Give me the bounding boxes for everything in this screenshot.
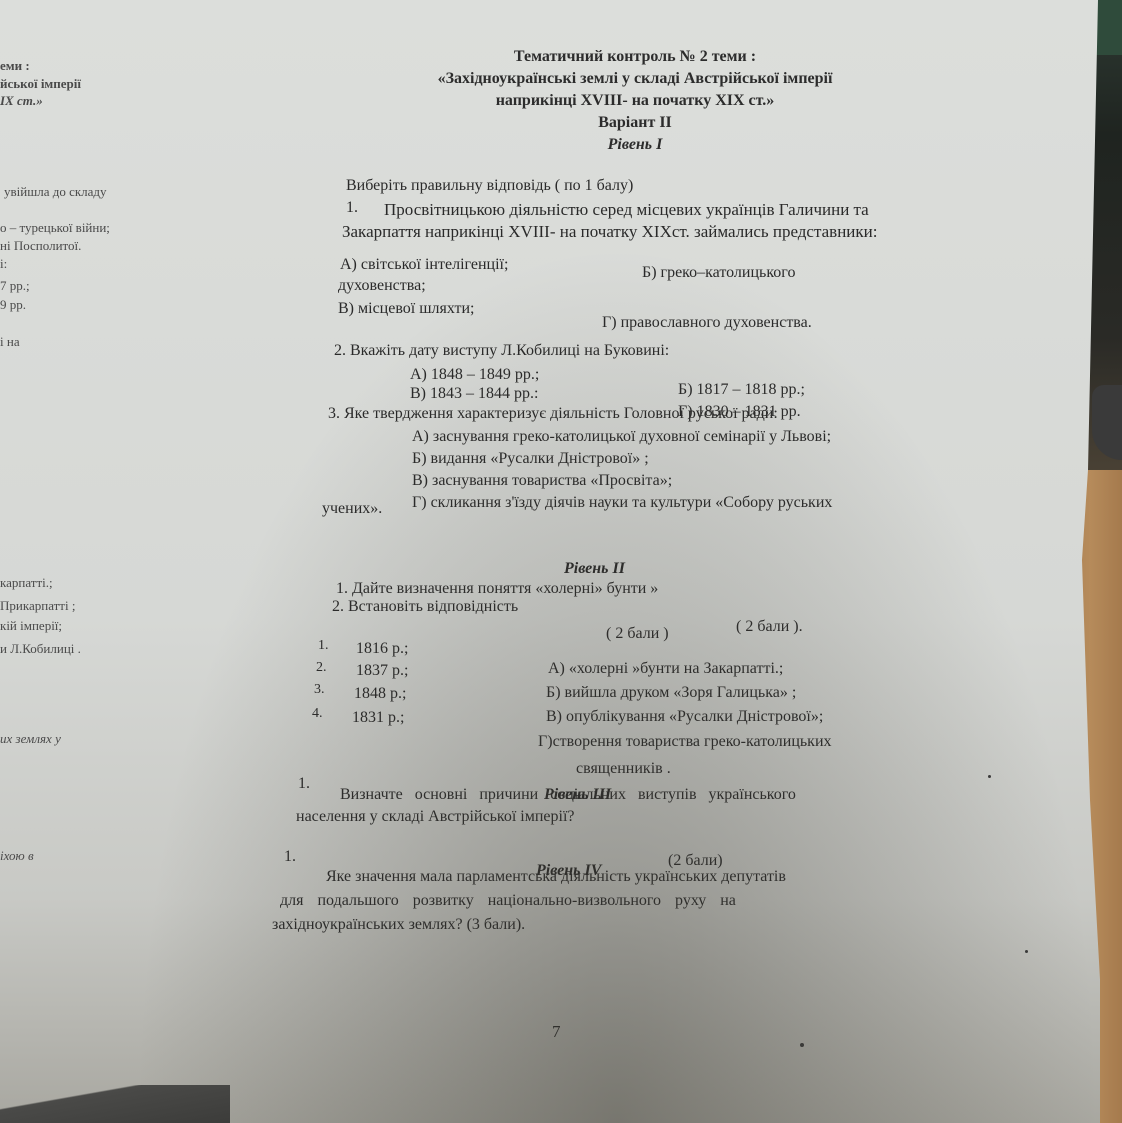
- paper-speck: [1025, 950, 1028, 953]
- event-option-b: Б) вийшла друком «Зоря Галицька» ;: [546, 684, 796, 702]
- q2-option-b: Б) 1817 – 1818 рр.;: [678, 381, 805, 399]
- level2-q1-points: ( 2 бали ).: [736, 618, 803, 636]
- left-fragment: іхою в: [0, 848, 34, 864]
- date-value: 1816 р.;: [356, 640, 408, 658]
- q3-option-c: В) заснування товариства «Просвіта»;: [412, 472, 672, 490]
- test-header: Тематичний контроль № 2 теми : «Західноу…: [400, 46, 870, 156]
- level-1-title: Рівень I: [400, 134, 870, 156]
- q2-text: 2. Вкажіть дату виступу Л.Кобилиці на Бу…: [334, 342, 669, 360]
- q3-option-d: Г) скликання з'їзду діячів науки та куль…: [412, 494, 832, 512]
- paper-speck: [988, 775, 991, 778]
- level-2-title: Рівень II: [564, 560, 625, 578]
- q3-text: 3. Яке твердження характеризує діяльніст…: [328, 405, 778, 423]
- level4-text-line2: для подальшого розвитку національно-визв…: [280, 892, 736, 910]
- test-sheet: еми : йської імперії IX ст.» увійшла до …: [0, 0, 1100, 1123]
- event-option-c: В) опублікування «Русалки Дністрової»;: [546, 708, 823, 726]
- level3-number: 1.: [298, 775, 310, 793]
- level4-text-line1: Яке значення мала парламентська діяльніс…: [326, 868, 786, 886]
- q1-option-d: Г) православного духовенства.: [602, 314, 812, 332]
- event-option-a: А) «холерні »бунти на Закарпатті.;: [548, 660, 783, 678]
- date-value: 1837 р.;: [356, 662, 408, 680]
- level2-q2-text: 2. Встановіть відповідність: [332, 598, 518, 616]
- left-fragment: о – турецької війни;: [0, 220, 110, 236]
- left-fragment: карпатті.;: [0, 575, 53, 591]
- date-value: 1831 р.;: [352, 709, 404, 727]
- event-option-d: Г)створення товариства греко-католицьких: [538, 733, 832, 751]
- q1-option-b-continued: духовенства;: [338, 277, 426, 295]
- event-option-d-continued: священників .: [576, 760, 671, 778]
- left-fragment: 7 рр.;: [0, 278, 30, 294]
- left-fragment: кій імперії;: [0, 618, 62, 634]
- left-fragment: их землях у: [0, 731, 61, 747]
- q3-option-b: Б) видання «Русалки Дністрової» ;: [412, 450, 649, 468]
- paper-speck: [800, 1043, 804, 1047]
- left-fragment: і:: [0, 256, 7, 272]
- left-fragment: и Л.Кобилиці .: [0, 641, 81, 657]
- bottom-left-shadow: [0, 1085, 230, 1123]
- q1-number: 1.: [346, 199, 358, 217]
- variant-label: Варіант II: [400, 112, 870, 134]
- date-number: 3.: [314, 682, 325, 698]
- q1-option-b: Б) греко–католицького: [642, 264, 795, 282]
- header-topic: «Західноукраїнські землі у складі Австрі…: [400, 68, 870, 90]
- date-number: 4.: [312, 706, 323, 722]
- level2-q2-points: ( 2 бали ): [606, 625, 669, 643]
- q3-option-d-continued: учених».: [322, 500, 382, 518]
- q2-option-c: В) 1843 – 1844 рр.:: [410, 385, 538, 403]
- q1-text-line1: Просвітницькою діяльністю серед місцевих…: [384, 200, 869, 220]
- left-fragment: еми :: [0, 58, 30, 74]
- q3-option-a: А) заснування греко-католицької духовної…: [412, 428, 831, 446]
- q1-option-a: А) світської інтелігенції;: [340, 256, 508, 274]
- left-fragment: і на: [0, 334, 20, 350]
- left-fragment: Прикарпатті ;: [0, 598, 75, 614]
- date-number: 1.: [318, 638, 329, 654]
- q2-option-a: А) 1848 – 1849 рр.;: [410, 366, 539, 384]
- level3-text-line1: Визначте основні причини соціальних вист…: [340, 786, 796, 804]
- level3-text-line2: населення у складі Австрійської імперії?: [296, 808, 575, 826]
- q1-option-c: В) місцевої шляхти;: [338, 300, 475, 318]
- date-value: 1848 р.;: [354, 685, 406, 703]
- page-number: 7: [552, 1022, 561, 1042]
- left-fragment: 9 рр.: [0, 297, 26, 313]
- q1-text-line2: Закарпаття наприкінці XVIII- на початку …: [342, 222, 877, 242]
- date-number: 2.: [316, 660, 327, 676]
- left-page-fragment: еми : йської імперії IX ст.» увійшла до …: [0, 0, 170, 1000]
- instruction-text: Виберіть правильну відповідь ( по 1 балу…: [346, 177, 633, 195]
- level4-number: 1.: [284, 848, 296, 866]
- header-title: Тематичний контроль № 2 теми :: [400, 46, 870, 68]
- left-fragment: ні Посполитої.: [0, 238, 81, 254]
- level2-q1-text: 1. Дайте визначення поняття «холерні» бу…: [336, 580, 658, 598]
- left-fragment: увійшла до складу: [4, 184, 107, 200]
- level4-text-line3: західноукраїнських землях? (3 бали).: [272, 916, 525, 934]
- left-fragment: йської імперії: [0, 76, 81, 92]
- header-period: наприкінці XVIII- на початку XIX ст.»: [400, 90, 870, 112]
- left-fragment: IX ст.»: [0, 93, 43, 109]
